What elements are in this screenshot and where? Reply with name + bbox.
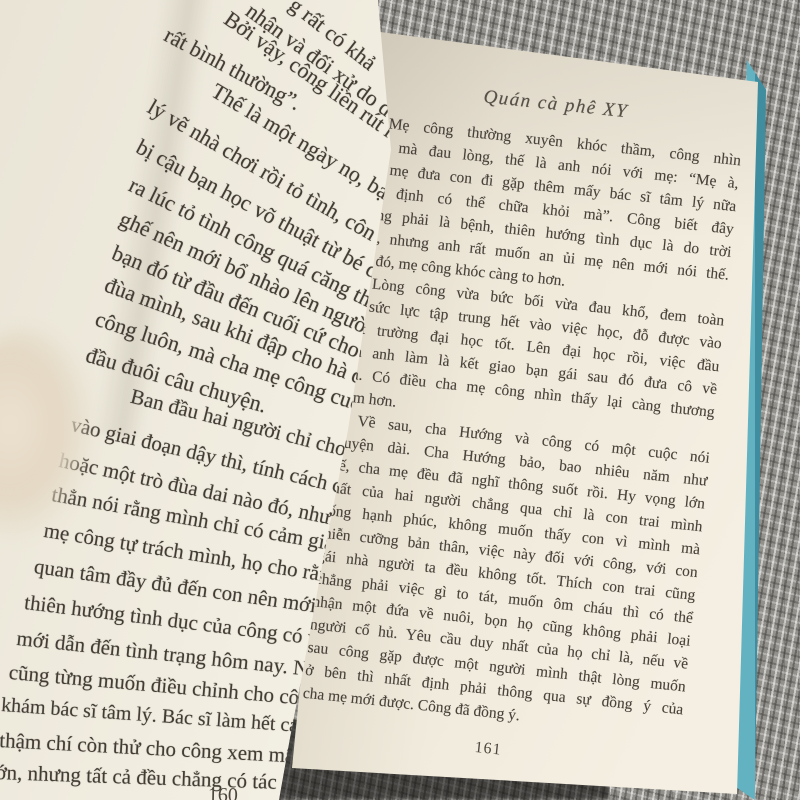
- page-number-left: 160: [208, 784, 238, 800]
- photo-open-book: { "book": { "right_page": { "header": "Q…: [0, 0, 800, 800]
